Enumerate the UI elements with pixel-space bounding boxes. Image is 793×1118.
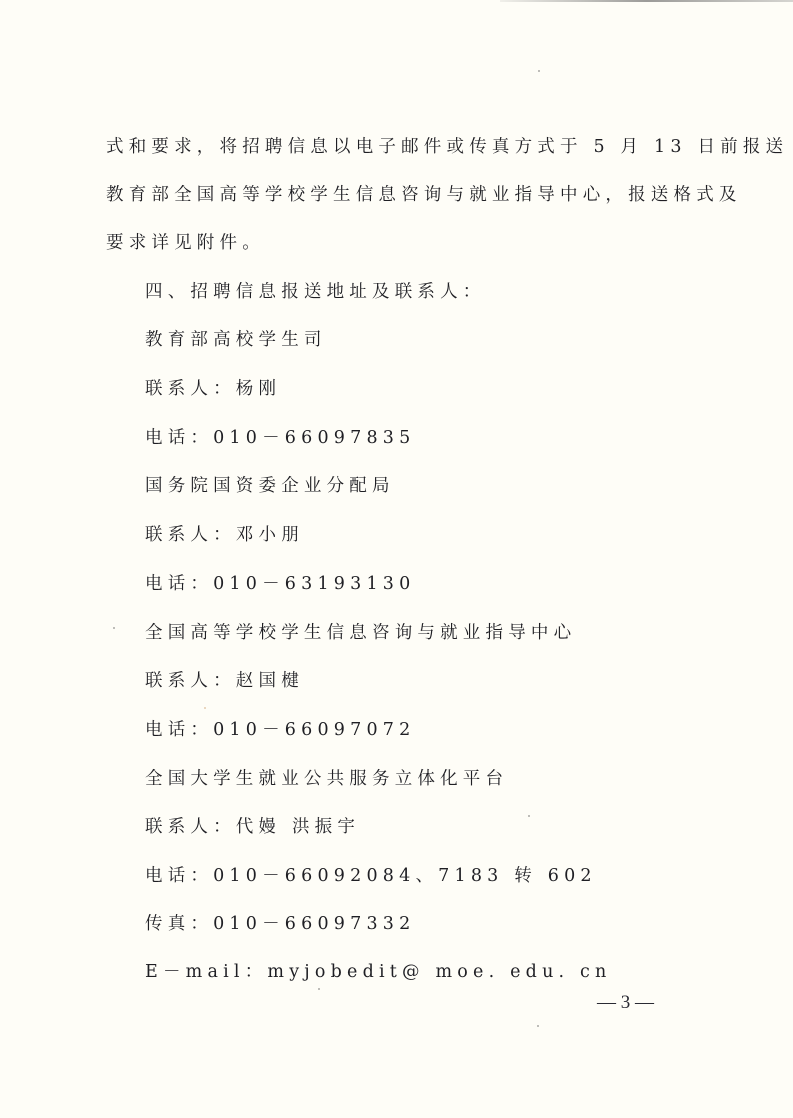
contact-organization-1: 教育部高校学生司	[145, 328, 327, 352]
contact-organization-2: 国务院国资委企业分配局	[145, 474, 395, 498]
scan-speck	[538, 70, 540, 72]
contact-organization-3: 全国高等学校学生信息咨询与就业指导中心	[145, 621, 576, 645]
scan-speck	[204, 707, 206, 709]
contact-phone-3: 电话：010－66097072	[145, 718, 415, 742]
contact-person-3: 联系人：赵国楗	[145, 669, 304, 693]
contact-email-4: E－mail：myjobedit@ moe. edu. cn	[145, 960, 612, 984]
scan-speck	[318, 988, 320, 990]
page-top-edge	[500, 0, 793, 2]
contact-phone-1: 电话：010－66097835	[145, 426, 415, 450]
page-number: — 3 —	[597, 992, 654, 1014]
scan-speck	[528, 815, 530, 817]
section-heading: 四、招聘信息报送地址及联系人：	[145, 280, 486, 304]
paragraph-line-1: 式和要求，将招聘信息以电子邮件或传真方式于 5 月 13 日前报送	[106, 135, 788, 159]
contact-person-4: 联系人：代嫚 洪振宇	[145, 815, 360, 839]
scan-speck	[537, 1025, 539, 1027]
contact-phone-2: 电话：010－63193130	[145, 572, 415, 596]
contact-person-2: 联系人：邓小朋	[145, 523, 304, 547]
paragraph-line-3: 要求详见附件。	[106, 231, 265, 255]
contact-person-1: 联系人：杨刚	[145, 377, 281, 401]
scan-speck	[113, 627, 115, 629]
paragraph-line-2: 教育部全国高等学校学生信息咨询与就业指导中心，报送格式及	[106, 183, 742, 207]
contact-phone-4: 电话：010－66092084、7183 转 602	[145, 864, 597, 888]
contact-fax-4: 传真：010－66097332	[145, 912, 415, 936]
contact-organization-4: 全国大学生就业公共服务立体化平台	[145, 767, 508, 791]
